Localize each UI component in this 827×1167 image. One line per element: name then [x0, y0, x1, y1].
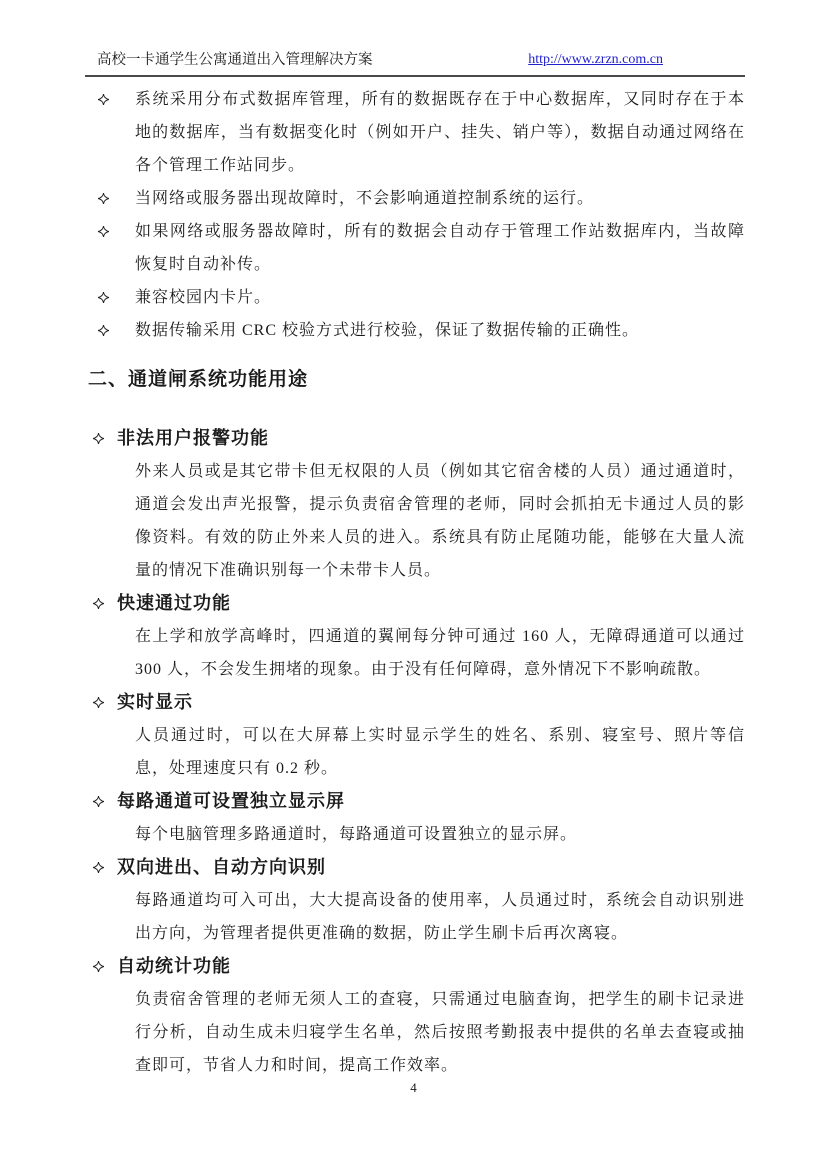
- feature-title: 自动统计功能: [117, 950, 231, 983]
- four-pointed-star-icon: [92, 950, 117, 973]
- list-item: 数据传输采用 CRC 校验方式进行校验，保证了数据传输的正确性。: [85, 314, 745, 347]
- header-title: 高校一卡通学生公寓通道出入管理解决方案: [97, 50, 373, 70]
- feature-title: 双向进出、自动方向识别: [117, 851, 326, 884]
- feature-body: 外来人员或是其它带卡但无权限的人员（例如其它宿舍楼的人员）通过通道时，通道会发出…: [85, 455, 745, 587]
- feature-body: 在上学和放学高峰时，四通道的翼闸每分钟可通过 160 人，无障碍通道可以通过 3…: [85, 620, 745, 686]
- document-page: 高校一卡通学生公寓通道出入管理解决方案 http://www.zrzn.com.…: [0, 0, 827, 1167]
- feature-block: 每路通道可设置独立显示屏 每个电脑管理多路通道时，每路通道可设置独立的显示屏。: [85, 785, 745, 851]
- four-pointed-star-icon: [92, 851, 117, 874]
- feature-title: 每路通道可设置独立显示屏: [117, 785, 345, 818]
- feature-block: 实时显示 人员通过时，可以在大屏幕上实时显示学生的姓名、系别、寝室号、照片等信息…: [85, 686, 745, 785]
- feature-title-row: 自动统计功能: [85, 950, 745, 983]
- feature-block: 双向进出、自动方向识别 每路通道均可入可出，大大提高设备的使用率，人员通过时，系…: [85, 851, 745, 950]
- four-pointed-star-icon: [97, 83, 135, 106]
- feature-block: 快速通过功能 在上学和放学高峰时，四通道的翼闸每分钟可通过 160 人，无障碍通…: [85, 587, 745, 686]
- list-item: 当网络或服务器出现故障时，不会影响通道控制系统的运行。: [85, 182, 745, 215]
- feature-body: 每个电脑管理多路通道时，每路通道可设置独立的显示屏。: [85, 818, 745, 851]
- feature-body: 负责宿舍管理的老师无须人工的查寝，只需通过电脑查询，把学生的刷卡记录进行分析，自…: [85, 983, 745, 1082]
- bullet-text: 当网络或服务器出现故障时，不会影响通道控制系统的运行。: [135, 182, 745, 215]
- list-item: 兼容校园内卡片。: [85, 281, 745, 314]
- feature-title: 快速通过功能: [117, 587, 231, 620]
- page-number: 4: [0, 1080, 827, 1096]
- feature-block: 自动统计功能 负责宿舍管理的老师无须人工的查寝，只需通过电脑查询，把学生的刷卡记…: [85, 950, 745, 1082]
- feature-title-row: 每路通道可设置独立显示屏: [85, 785, 745, 818]
- bullet-text: 数据传输采用 CRC 校验方式进行校验，保证了数据传输的正确性。: [135, 314, 745, 347]
- feature-title-row: 实时显示: [85, 686, 745, 719]
- list-item: 如果网络或服务器故障时，所有的数据会自动存于管理工作站数据库内，当故障恢复时自动…: [85, 215, 745, 281]
- list-item: 系统采用分布式数据库管理，所有的数据既存在于中心数据库，又同时存在于本地的数据库…: [85, 83, 745, 182]
- header-rule: [85, 75, 745, 77]
- four-pointed-star-icon: [92, 587, 117, 610]
- feature-title: 非法用户报警功能: [117, 422, 269, 455]
- feature-body: 人员通过时，可以在大屏幕上实时显示学生的姓名、系别、寝室号、照片等信息，处理速度…: [85, 719, 745, 785]
- four-pointed-star-icon: [92, 785, 117, 808]
- page-content: 高校一卡通学生公寓通道出入管理解决方案 http://www.zrzn.com.…: [85, 50, 745, 1082]
- bullet-text: 如果网络或服务器故障时，所有的数据会自动存于管理工作站数据库内，当故障恢复时自动…: [135, 215, 745, 281]
- feature-block: 非法用户报警功能 外来人员或是其它带卡但无权限的人员（例如其它宿舍楼的人员）通过…: [85, 422, 745, 587]
- feature-title-row: 非法用户报警功能: [85, 422, 745, 455]
- four-pointed-star-icon: [97, 182, 135, 205]
- feature-title-row: 快速通过功能: [85, 587, 745, 620]
- four-pointed-star-icon: [92, 686, 117, 709]
- feature-body: 每路通道均可入可出，大大提高设备的使用率，人员通过时，系统会自动识别进出方向，为…: [85, 884, 745, 950]
- page-header: 高校一卡通学生公寓通道出入管理解决方案 http://www.zrzn.com.…: [85, 50, 745, 75]
- feature-title-row: 双向进出、自动方向识别: [85, 851, 745, 884]
- four-pointed-star-icon: [92, 422, 117, 445]
- four-pointed-star-icon: [97, 215, 135, 238]
- section-title: 二、通道闸系统功能用途: [85, 363, 745, 396]
- header-link[interactable]: http://www.zrzn.com.cn: [528, 50, 663, 70]
- bullet-text: 系统采用分布式数据库管理，所有的数据既存在于中心数据库，又同时存在于本地的数据库…: [135, 83, 745, 182]
- bullet-text: 兼容校园内卡片。: [135, 281, 745, 314]
- four-pointed-star-icon: [97, 314, 135, 337]
- four-pointed-star-icon: [97, 281, 135, 304]
- feature-title: 实时显示: [117, 686, 193, 719]
- intro-bullet-list: 系统采用分布式数据库管理，所有的数据既存在于中心数据库，又同时存在于本地的数据库…: [85, 83, 745, 347]
